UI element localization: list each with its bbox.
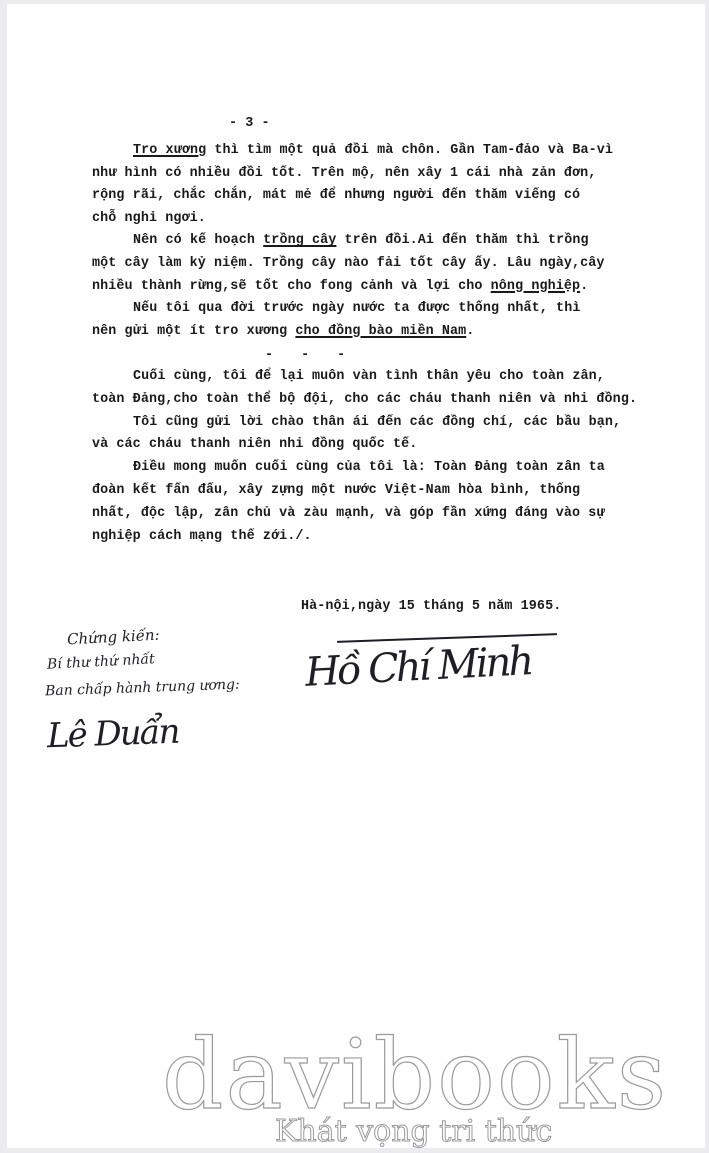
text-segment: chỗ nghỉ ngơi.: [92, 211, 206, 226]
watermark-tagline: Khát vọng tri thức: [275, 1114, 552, 1149]
text-segment: .: [580, 279, 588, 294]
text-line: Nên có kế hoạch trồng cây trên đồi.Ai đế…: [133, 233, 589, 249]
text-line: Cuối cùng, tôi để lại muôn vàn tình thân…: [133, 369, 605, 385]
text-line: Tôi cũng gửi lời chào thân ái đến các đồ…: [133, 415, 621, 431]
underlined-phrase: nông nghiệp: [491, 279, 581, 294]
section-separator: - - -: [265, 348, 355, 364]
text-line: như hình có nhiều đồi tốt. Trên mộ, nên …: [92, 166, 596, 182]
text-segment: trên đồi.Ai đến thăm thì trồng: [336, 233, 588, 248]
witness-label: Chứng kiến:: [67, 626, 160, 649]
underlined-phrase: trồng cây: [263, 233, 336, 248]
underlined-phrase: Tro xương: [133, 143, 206, 158]
text-line: chỗ nghỉ ngơi.: [92, 211, 206, 227]
text-line: nên gửi một ít tro xương cho đồng bào mi…: [92, 324, 474, 340]
underlined-phrase: cho đồng bào miền Nam: [295, 324, 466, 339]
page-number: - 3 -: [229, 116, 270, 132]
text-segment: Nên có kế hoạch: [133, 233, 263, 248]
text-line: và các cháu thanh niên nhi đồng quốc tế.: [92, 437, 417, 453]
signature-le-duan: Lê Duẩn: [46, 712, 179, 757]
text-line: Nếu tôi qua đời trước ngày nước ta được …: [133, 301, 580, 317]
date-line: Hà-nội,ngày 15 tháng 5 năm 1965.: [301, 599, 561, 615]
text-segment: rộng rãi, chắc chắn, mát mẻ để nhưng ngư…: [92, 188, 580, 203]
witness-committee: Ban chấp hành trung ương:: [45, 677, 240, 700]
text-segment: Nếu tôi qua đời trước ngày nước ta được …: [133, 301, 580, 316]
signature-ho-chi-minh: Hồ Chí Minh: [304, 638, 532, 696]
text-line: toàn Đảng,cho toàn thể bộ đội, cho các c…: [92, 392, 637, 408]
text-segment: như hình có nhiều đồi tốt. Trên mộ, nên …: [92, 166, 596, 181]
text-line: Tro xương thì tìm một quả đồi mà chôn. G…: [133, 143, 613, 159]
witness-title: Bí thư thứ nhất: [47, 651, 155, 673]
text-line: nghiệp cách mạng thế zới./.: [92, 529, 312, 545]
text-segment: .: [466, 324, 474, 339]
text-line: rộng rãi, chắc chắn, mát mẻ để nhưng ngư…: [92, 188, 580, 204]
text-line: nhất, độc lập, zân chủ và zàu mạnh, và g…: [92, 506, 605, 522]
text-segment: thì tìm một quả đồi mà chôn. Gần Tam-đảo…: [206, 143, 613, 158]
text-line: đoàn kết fấn đấu, xây zựng một nước Việt…: [92, 483, 580, 499]
document-page: - 3 - Tro xương thì tìm một quả đồi mà c…: [7, 4, 705, 1148]
text-line: nhiều thành rừng,sẽ tốt cho fong cảnh và…: [92, 279, 588, 295]
text-segment: nhiều thành rừng,sẽ tốt cho fong cảnh và…: [92, 279, 491, 294]
text-line: một cây làm kỷ niệm. Trồng cây nào fải t…: [92, 256, 605, 272]
text-segment: nên gửi một ít tro xương: [92, 324, 295, 339]
text-segment: một cây làm kỷ niệm. Trồng cây nào fải t…: [92, 256, 605, 271]
text-line: Điều mong muốn cuối cùng của tôi là: Toà…: [133, 460, 605, 476]
